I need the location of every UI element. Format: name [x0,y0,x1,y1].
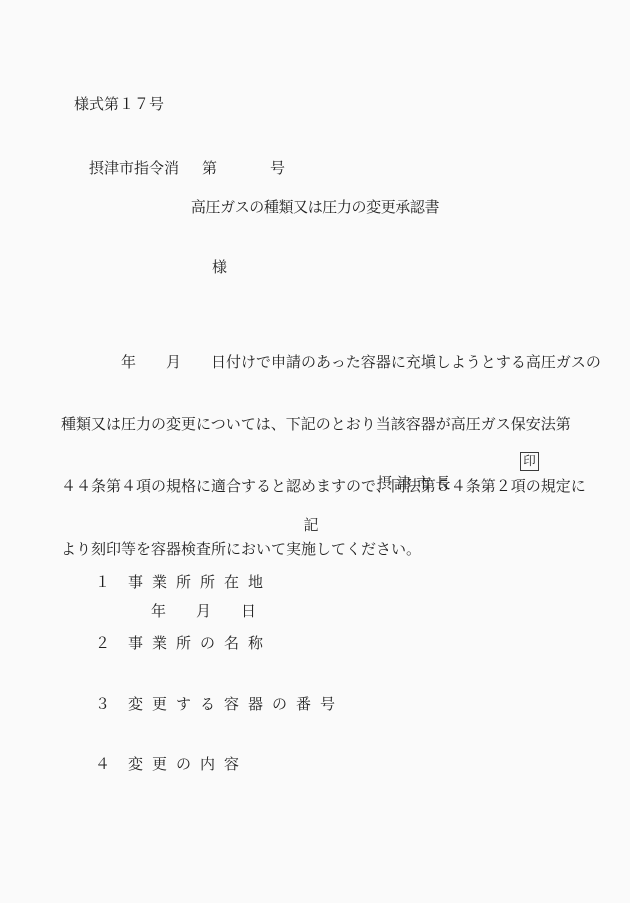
item-row-1: １事業所所在地 [80,554,272,609]
item-number: １ [95,571,128,592]
item-row-2: ２事業所の名称 [80,615,272,670]
signer-line: 摂津市長 [362,455,455,510]
body-line-2: 種類又は圧力の変更については、下記のとおり当該容器が高圧ガス保安法第 [61,415,606,436]
seal-stamp: 印 [520,452,539,471]
item-label: 変更の内容 [128,757,248,773]
directive-prefix: 摂津市指令消 [89,161,179,177]
body-line-3: ４４条第４項の規格に適合すると認めますので、同法第５４条第２項の規定に [61,477,606,498]
directive-go-label: 号 [270,157,285,178]
item-label: 事業所所在地 [128,575,272,591]
body-paragraph: 年 月 日付けで申請のあった容器に充塡しようとする高圧ガスの 種類又は圧力の変更… [61,311,606,665]
item-label: 事業所の名称 [128,636,272,652]
mayor-title: 摂津市長 [377,476,455,492]
document-title: 高圧ガスの種類又は圧力の変更承認書 [0,196,630,217]
body-line-1: 年 月 日付けで申請のあった容器に充塡しようとする高圧ガスの [61,353,606,374]
directive-line: 摂津市指令消第号 [74,140,285,195]
addressee-honorific: 様 [212,256,227,277]
form-number: 様式第１７号 [74,93,164,114]
directive-dai-label: 第 [202,157,217,178]
item-number: ２ [95,632,128,653]
item-row-4: ４変更の内容 [80,736,248,791]
item-number: ４ [95,753,128,774]
item-label: 変更する容器の番号 [128,697,344,713]
item-row-3: ３変更する容器の番号 [80,676,344,731]
ki-marker: 記 [0,514,622,535]
item-number: ３ [95,693,128,714]
document-page: 様式第１７号 摂津市指令消第号 高圧ガスの種類又は圧力の変更承認書 様 年 月 … [0,0,630,903]
